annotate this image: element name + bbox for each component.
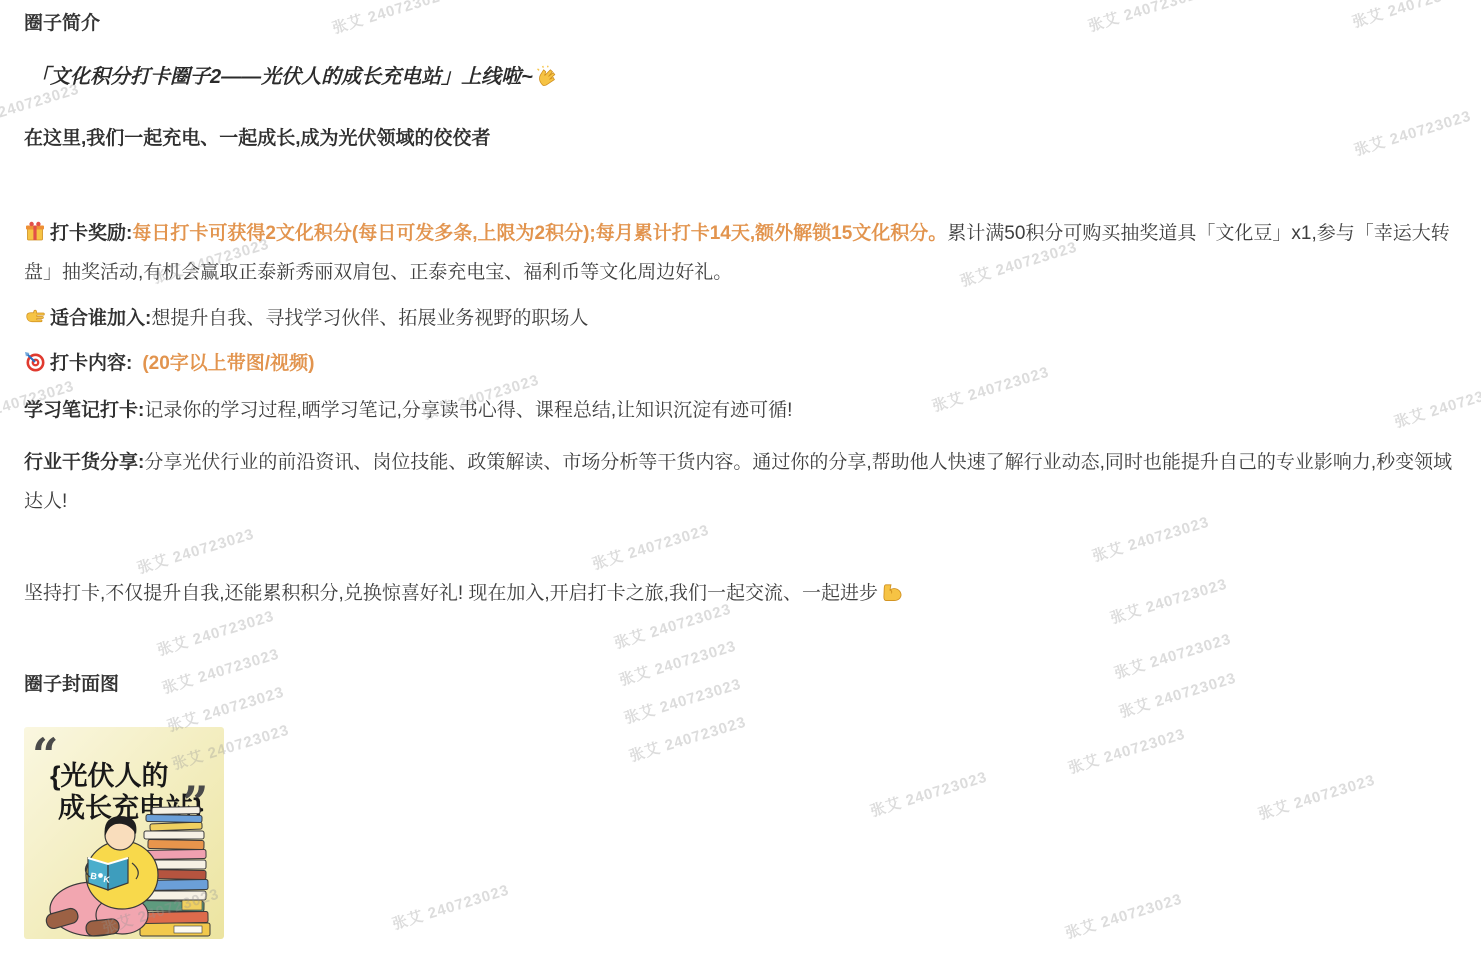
watermark-text: 张艾 240723023 (390, 879, 512, 935)
watermark-text: 张艾 240723023 (1066, 723, 1188, 779)
watermark-text: 张艾 240723023 (330, 0, 452, 38)
clapping-hands-emoji-icon (536, 65, 559, 88)
industry-paragraph: 行业干货分享:分享光伏行业的前沿资讯、岗位技能、政策解读、市场分析等干货内容。通… (24, 443, 1460, 521)
study-detail: 记录你的学习过程,晒学习笔记,分享读书心得、课程总结,让知识沉淀有迹可循! (144, 400, 792, 421)
intro-section-title: 圈子简介 (24, 8, 100, 35)
closing-paragraph: 坚持打卡,不仅提升自我,还能累积积分,兑换惊喜好礼! 现在加入,开启打卡之旅,我… (24, 574, 1460, 613)
watermark-text: 张艾 240723023 (1350, 0, 1472, 32)
study-label: 学习笔记打卡: (24, 400, 144, 421)
watermark-text: 张艾 240723023 (617, 635, 739, 691)
industry-label: 行业干货分享: (24, 452, 144, 473)
watermark-text: 张艾 240723023 (590, 519, 712, 575)
industry-detail: 分享光伏行业的前沿资讯、岗位技能、政策解读、市场分析等干货内容。通过你的分享,帮… (24, 452, 1452, 512)
gift-emoji-icon (24, 218, 46, 240)
watermark-text: 张艾 240723023 (155, 605, 277, 661)
reward-highlight: 每日打卡可获得2文化积分(每日可发多条,上限为2积分);每月累计打卡14天,额外… (132, 223, 947, 244)
audience-detail: 想提升自我、寻找学习伙伴、拓展业务视野的职场人 (151, 308, 588, 329)
audience-paragraph: 适合谁加入:想提升自我、寻找学习伙伴、拓展业务视野的职场人 (24, 299, 1460, 338)
content-label: 打卡内容: (50, 353, 132, 374)
circle-cover-image: “ ” {光伏人的 成长充电站} (24, 727, 224, 939)
content-note: (20字以上带图/视频) (142, 353, 314, 374)
audience-label: 适合谁加入: (50, 308, 151, 329)
closing-text: 坚持打卡,不仅提升自我,还能累积积分,兑换惊喜好礼! 现在加入,开启打卡之旅,我… (24, 583, 878, 604)
watermark-text: 张艾 240723023 (622, 673, 744, 729)
flexed-biceps-emoji-icon (881, 579, 904, 602)
circle-headline-text: 「文化积分打卡圈子2——光伏人的成长充电站」上线啦~ (30, 66, 533, 88)
watermark-text: 张艾 240723023 (1256, 769, 1378, 825)
cover-title-line1: {光伏人的 (50, 761, 169, 791)
circle-subheadline: 在这里,我们一起充电、一起成长,成为光伏领域的佼佼者 (24, 124, 1460, 154)
cover-illustration: “ ” {光伏人的 成长充电站} (24, 727, 224, 939)
content-paragraph: 打卡内容:(20字以上带图/视频) (24, 344, 1460, 383)
reward-paragraph: 打卡奖励:每日打卡可获得2文化积分(每日可发多条,上限为2积分);每月累计打卡1… (24, 214, 1460, 292)
watermark-text: 张艾 240723023 (160, 643, 282, 699)
watermark-text: 张艾 240723023 (868, 766, 990, 822)
watermark-text: 张艾 240723023 (1117, 667, 1239, 723)
pointing-right-emoji-icon (24, 303, 46, 325)
cover-section-title: 圈子封面图 (24, 669, 119, 696)
reward-label: 打卡奖励: (50, 223, 132, 244)
circle-intro-page: 圈子简介 「文化积分打卡圈子2——光伏人的成长充电站」上线啦~ 在这里,我们一起… (0, 0, 1481, 972)
study-paragraph: 学习笔记打卡:记录你的学习过程,晒学习笔记,分享读书心得、课程总结,让知识沉淀有… (24, 391, 1460, 430)
watermark-text: 张艾 240723023 (1086, 0, 1208, 36)
watermark-text: 张艾 240723023 (1112, 628, 1234, 684)
watermark-text: 张艾 240723023 (1063, 888, 1185, 944)
dart-target-emoji-icon (24, 348, 46, 370)
watermark-text: 张艾 240723023 (135, 523, 257, 579)
circle-headline: 「文化积分打卡圈子2——光伏人的成长充电站」上线啦~ (30, 62, 1450, 92)
watermark-text: 张艾 240723023 (627, 711, 749, 767)
